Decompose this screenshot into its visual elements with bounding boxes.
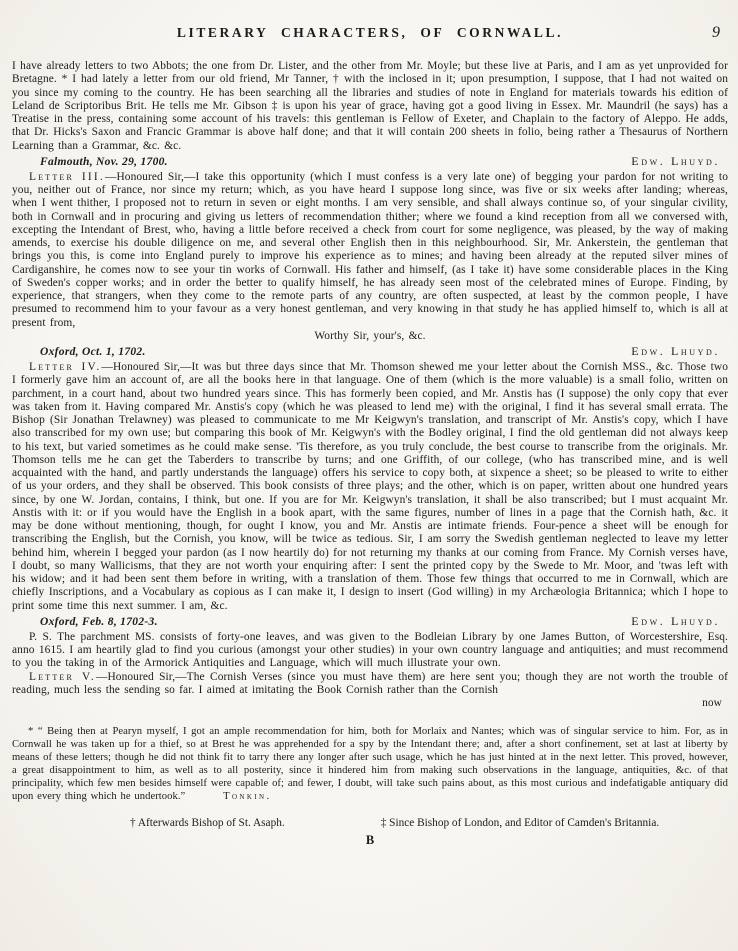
letter-5-heading: Letter V. (29, 671, 96, 683)
letter-3-dateline-row: Oxford, Oct. 1, 1702. Edw. Lhuyd. (12, 344, 728, 359)
letter-4-signature: Edw. Lhuyd. (631, 614, 720, 628)
catchword: now (12, 697, 728, 710)
intro-dateline-row: Falmouth, Nov. 29, 1700. Edw. Lhuyd. (12, 154, 728, 169)
page-body: I have already letters to two Abbots; th… (12, 60, 728, 710)
intro-dateline: Falmouth, Nov. 29, 1700. (40, 155, 168, 169)
letter-4-paragraph: Letter IV.—Honoured Sir,—It was but thre… (12, 361, 728, 613)
intro-signature: Edw. Lhuyd. (631, 154, 720, 168)
letter-3-dateline: Oxford, Oct. 1, 1702. (40, 345, 146, 359)
postscript-paragraph: P. S. The parchment MS. consists of fort… (12, 631, 728, 671)
page-header: LITERARY CHARACTERS, OF CORNWALL. 9 (12, 24, 728, 46)
letter-3-heading: Letter III. (29, 171, 105, 183)
letter-4-text: —Honoured Sir,—It was but three days sin… (12, 361, 728, 612)
book-page: LITERARY CHARACTERS, OF CORNWALL. 9 I ha… (0, 0, 738, 951)
printer-signature-mark: B (12, 833, 728, 848)
letter-4-dateline-row: Oxford, Feb. 8, 1702-3. Edw. Lhuyd. (12, 614, 728, 629)
footnote-dagger: † Afterwards Bishop of St. Asaph. (130, 816, 285, 830)
dagger-footnote-row: † Afterwards Bishop of St. Asaph. ‡ Sinc… (12, 816, 728, 830)
footnote-block: * “ Being then at Pearyn myself, I got a… (12, 726, 728, 847)
footnote-asterisk-text: * “ Being then at Pearyn myself, I got a… (12, 726, 728, 802)
letter-4-dateline: Oxford, Feb. 8, 1702-3. (40, 615, 158, 629)
footnote-asterisk-signature: Tonkin. (223, 791, 271, 802)
letter-5-paragraph: Letter V.—Honoured Sir,—The Cornish Vers… (12, 671, 728, 698)
page-header-title: LITERARY CHARACTERS, OF CORNWALL. (177, 25, 563, 40)
letter-3-paragraph: Letter III.—Honoured Sir,—I take this op… (12, 171, 728, 330)
intro-paragraph: I have already letters to two Abbots; th… (12, 60, 728, 153)
letter-4-heading: Letter IV. (29, 361, 101, 373)
page-number: 9 (712, 24, 720, 42)
footnote-double-dagger: ‡ Since Bishop of London, and Editor of … (381, 816, 659, 830)
letter-5-text: —Honoured Sir,—The Cornish Verses (since… (12, 671, 728, 696)
letter-3-valediction: Worthy Sir, your's, &c. (12, 330, 728, 343)
letter-3-signature: Edw. Lhuyd. (631, 344, 720, 358)
letter-3-text: —Honoured Sir,—I take this opportunity (… (12, 171, 728, 329)
footnote-asterisk: * “ Being then at Pearyn myself, I got a… (12, 726, 728, 803)
